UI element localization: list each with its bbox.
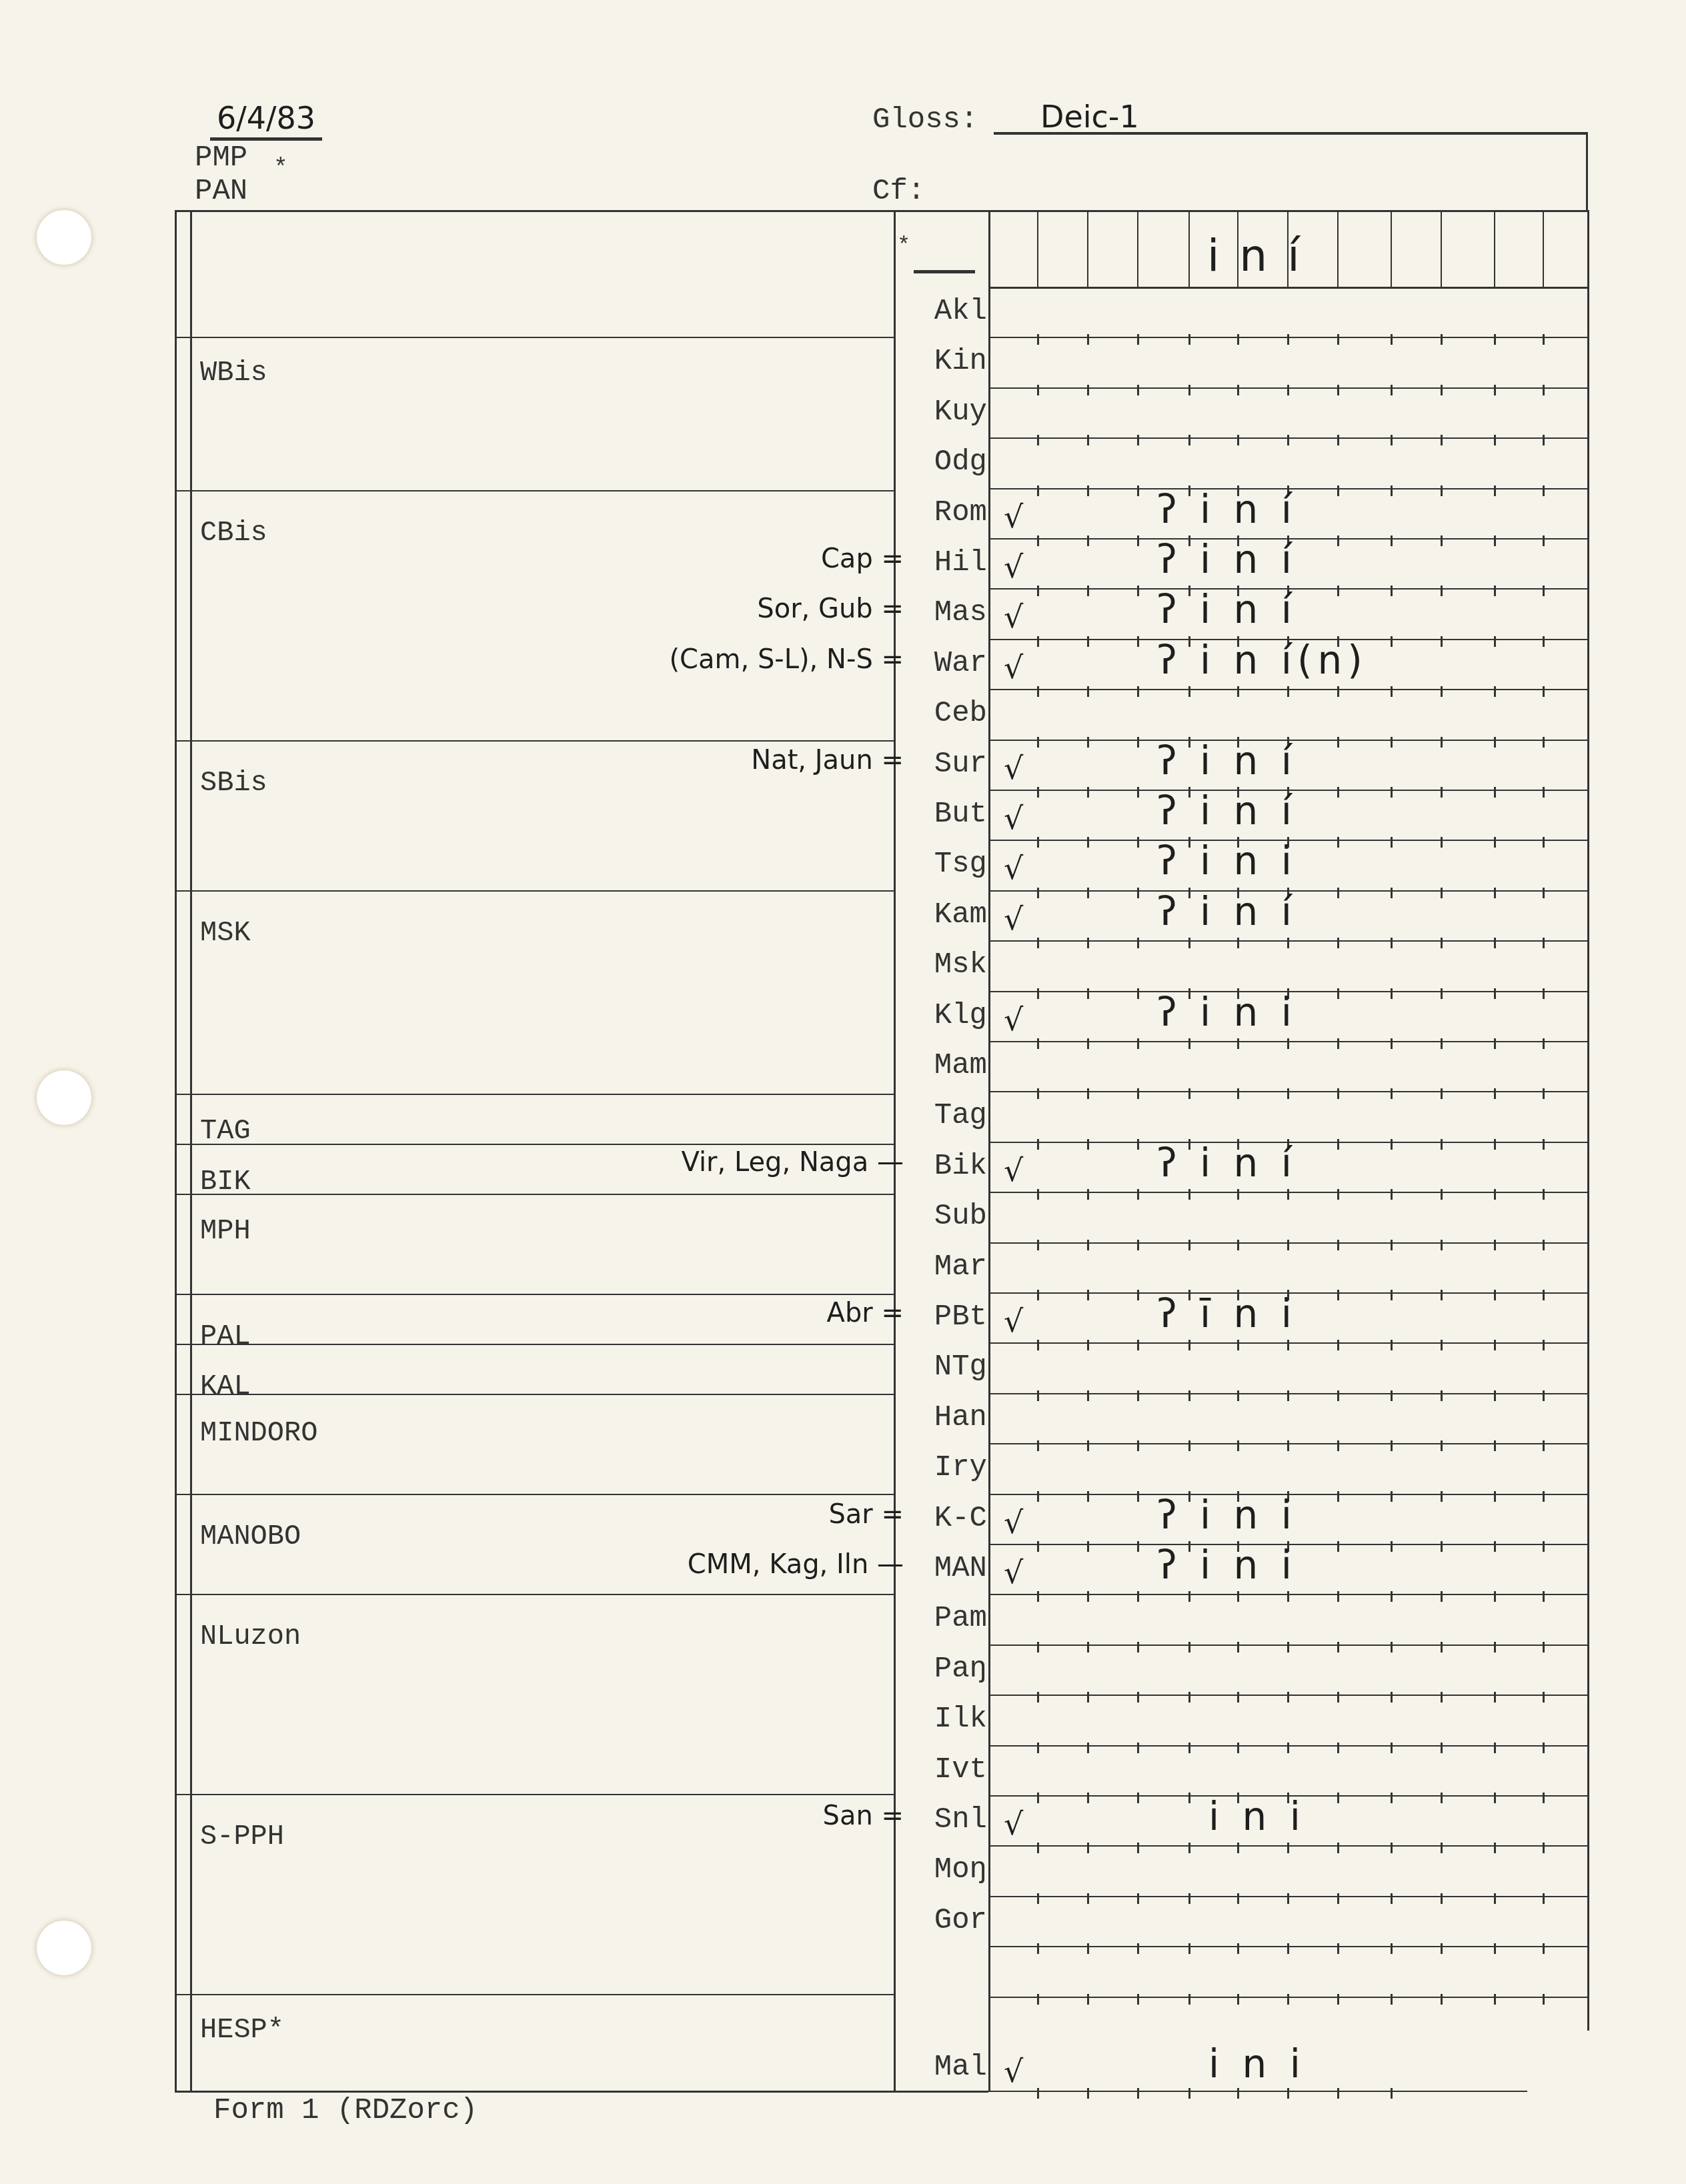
language-code: Tsg — [907, 848, 987, 881]
reconstruction-row-bottom — [988, 287, 1587, 289]
reflex-form[interactable]: ʔ i n í — [1157, 788, 1297, 834]
grid-tick-mark — [1543, 1943, 1545, 1954]
grid-tick-mark — [1137, 1390, 1139, 1401]
grid-tick-mark — [1037, 1893, 1039, 1904]
grid-tick-mark — [1494, 1038, 1496, 1049]
grid-tick-mark — [1137, 1994, 1139, 2005]
grid-tick-mark — [1337, 837, 1339, 848]
reconstruction-cell-divider — [1494, 210, 1495, 287]
check-mark-icon[interactable]: √ — [1004, 1303, 1023, 1339]
grid-tick-mark — [1391, 1541, 1393, 1552]
gloss-underline — [994, 132, 1587, 135]
language-code: PBt — [907, 1300, 987, 1334]
form-label: Form 1 (RDZorc) — [213, 2094, 478, 2127]
grid-tick-mark — [1287, 1390, 1289, 1401]
grid-tick-mark — [1087, 1189, 1089, 1200]
check-mark-icon[interactable]: √ — [1004, 549, 1023, 585]
check-mark-icon[interactable]: √ — [1004, 1554, 1023, 1590]
grid-tick-mark — [1441, 586, 1443, 596]
grid-tick-mark — [1287, 385, 1289, 395]
grid-tick-mark — [1441, 1843, 1443, 1853]
grid-tick-mark — [1137, 385, 1139, 395]
grid-tick-mark — [1237, 1189, 1239, 1200]
grid-tick-mark — [1087, 1440, 1089, 1451]
reflex-form[interactable]: i n i — [1208, 2041, 1306, 2087]
grid-tick-mark — [1441, 737, 1443, 748]
grid-tick-mark — [1494, 1139, 1496, 1150]
grid-tick-mark — [1037, 686, 1039, 697]
grid-tick-mark — [1137, 1290, 1139, 1300]
grid-tick-mark — [1137, 737, 1139, 748]
grid-tick-mark — [1543, 686, 1545, 697]
reconstruction-cell-divider — [1037, 210, 1038, 287]
grid-tick-mark — [1237, 1240, 1239, 1250]
grid-tick-mark — [1337, 1692, 1339, 1703]
grid-tick-mark — [1337, 435, 1339, 445]
grid-tick-mark — [1037, 837, 1039, 848]
grid-tick-mark — [1391, 2088, 1393, 2099]
grid-tick-mark — [1287, 1893, 1289, 1904]
grid-tick-mark — [1087, 837, 1089, 848]
reconstruction-cell-divider — [1337, 210, 1339, 287]
grid-tick-mark — [1494, 1843, 1496, 1853]
grid-tick-mark — [1441, 888, 1443, 898]
language-code: Mar — [907, 1250, 987, 1284]
dialect-note: Vir, Leg, Naga — — [681, 1147, 904, 1178]
grid-tick-mark — [1441, 1440, 1443, 1451]
language-code: MAN — [907, 1552, 987, 1585]
grid-tick-mark — [1087, 1491, 1089, 1502]
reflex-form[interactable]: ʔ i n i — [1157, 1542, 1297, 1588]
reconstruction-form[interactable]: iní — [1207, 230, 1320, 281]
language-code: Hil — [907, 546, 987, 580]
grid-tick-mark — [1441, 1541, 1443, 1552]
grid-tick-mark — [1391, 1340, 1393, 1350]
grid-tick-mark — [1441, 334, 1443, 345]
grid-tick-mark — [1391, 1139, 1393, 1150]
grid-tick-mark — [1137, 988, 1139, 999]
grid-tick-mark — [1391, 938, 1393, 948]
date: 6/4/83 — [210, 100, 322, 141]
grid-tick-mark — [1441, 1390, 1443, 1401]
grid-tick-mark — [1543, 988, 1545, 999]
grid-tick-mark — [1494, 636, 1496, 647]
grid-tick-mark — [1494, 1390, 1496, 1401]
check-mark-icon[interactable]: √ — [1004, 1806, 1023, 1842]
check-mark-icon[interactable]: √ — [1004, 901, 1023, 937]
table-bottom-border — [175, 2091, 988, 2093]
grid-tick-mark — [1337, 1943, 1339, 1954]
grid-tick-mark — [1543, 385, 1545, 395]
language-code: Gor — [907, 1904, 987, 1937]
grid-tick-mark — [1337, 737, 1339, 748]
grid-tick-mark — [1137, 1943, 1139, 1954]
grid-tick-mark — [1287, 435, 1289, 445]
grid-tick-mark — [1137, 1189, 1139, 1200]
grid-tick-mark — [1137, 686, 1139, 697]
grid-tick-mark — [1494, 1994, 1496, 2005]
grid-tick-mark — [1391, 334, 1393, 345]
language-code: K-C — [907, 1502, 987, 1535]
reconstruction-cell-divider — [1237, 210, 1238, 287]
grid-tick-mark — [1494, 1642, 1496, 1653]
grid-tick-mark — [1188, 1340, 1190, 1350]
reflex-form[interactable]: ʔ i n í(n) — [1157, 638, 1368, 683]
check-mark-icon[interactable]: √ — [1004, 1152, 1023, 1188]
grid-tick-mark — [1543, 737, 1545, 748]
table-top-border — [175, 210, 1587, 212]
grid-tick-mark — [1037, 334, 1039, 345]
check-mark-icon[interactable]: √ — [1004, 1002, 1023, 1038]
grid-tick-mark — [1441, 1038, 1443, 1049]
pmp-label: PMP — [195, 141, 247, 175]
dialect-note: Nat, Jaun = — [751, 745, 904, 776]
group-label-mph: MPH — [200, 1215, 251, 1247]
grid-tick-mark — [1087, 1994, 1089, 2005]
grid-tick-mark — [1087, 1893, 1089, 1904]
grid-tick-mark — [1087, 1038, 1089, 1049]
check-mark-icon[interactable]: √ — [1004, 750, 1023, 786]
grid-tick-mark — [1087, 1743, 1089, 1753]
group-divider — [175, 740, 894, 742]
reflex-form[interactable]: ʔ ī n i — [1157, 1291, 1297, 1336]
check-mark-icon[interactable]: √ — [1004, 599, 1023, 635]
grid-tick-mark — [1237, 1743, 1239, 1753]
group-label-msk: MSK — [200, 917, 251, 949]
grid-tick-mark — [1087, 1843, 1089, 1853]
grid-tick-mark — [1237, 1340, 1239, 1350]
grid-tick-mark — [1137, 435, 1139, 445]
grid-tick-mark — [1037, 1340, 1039, 1350]
grid-tick-mark — [1188, 1240, 1190, 1250]
grid-tick-mark — [1494, 485, 1496, 496]
reflex-form[interactable]: ʔ i n i — [1157, 990, 1297, 1035]
grid-tick-mark — [1494, 787, 1496, 798]
grid-tick-mark — [1543, 1642, 1545, 1653]
group-label-tag: TAG — [200, 1115, 251, 1147]
grid-tick-mark — [1237, 1591, 1239, 1602]
grid-tick-mark — [1391, 1793, 1393, 1803]
grid-tick-mark — [1237, 1943, 1239, 1954]
grid-tick-mark — [1087, 1290, 1089, 1300]
grid-tick-mark — [1137, 2088, 1139, 2099]
language-code: Han — [907, 1401, 987, 1434]
grid-tick-mark — [1543, 485, 1545, 496]
reflex-form[interactable]: ʔ i n í — [1157, 487, 1297, 532]
language-code: NTg — [907, 1350, 987, 1384]
language-code: Klg — [907, 999, 987, 1032]
group-label-cbis: CBis — [200, 517, 267, 549]
grid-tick-mark — [1237, 938, 1239, 948]
grid-tick-mark — [1337, 1038, 1339, 1049]
grid-tick-mark — [1137, 1541, 1139, 1552]
group-label-mindoro: MINDORO — [200, 1417, 317, 1449]
language-code: Kuy — [907, 395, 987, 429]
grid-tick-mark — [1037, 1240, 1039, 1250]
language-code: Mas — [907, 596, 987, 630]
grid-tick-mark — [1237, 1692, 1239, 1703]
grid-tick-mark — [1188, 1390, 1190, 1401]
grid-tick-mark — [1188, 1189, 1190, 1200]
reflex-form[interactable]: ʔ i n í — [1157, 587, 1297, 632]
grid-tick-mark — [1237, 1893, 1239, 1904]
reconstruction-blank — [914, 270, 975, 273]
dialect-note: Sor, Gub = — [757, 594, 904, 624]
reflex-form[interactable]: i n i — [1208, 1794, 1306, 1839]
grid-tick-mark — [1494, 535, 1496, 546]
grid-tick-mark — [1087, 1139, 1089, 1150]
grid-tick-mark — [1391, 1943, 1393, 1954]
language-code: Rom — [907, 496, 987, 529]
grid-tick-mark — [1441, 988, 1443, 999]
grid-tick-mark — [1391, 1440, 1393, 1451]
grid-tick-mark — [1494, 1290, 1496, 1300]
check-mark-icon[interactable]: √ — [1004, 800, 1023, 836]
grid-tick-mark — [1441, 1290, 1443, 1300]
grid-tick-mark — [1237, 435, 1239, 445]
grid-tick-mark — [1337, 888, 1339, 898]
check-mark-icon[interactable]: √ — [1004, 2053, 1023, 2089]
reflex-form[interactable]: ʔ i n i — [1157, 1492, 1297, 1538]
language-code: Pam — [907, 1602, 987, 1635]
grid-tick-mark — [1441, 1642, 1443, 1653]
language-code: Bik — [907, 1150, 987, 1183]
reflex-form[interactable]: ʔ i n i — [1157, 838, 1297, 884]
group-label-kal: KAL — [200, 1370, 251, 1402]
grid-tick-mark — [1543, 1743, 1545, 1753]
grid-tick-mark — [1188, 1088, 1190, 1099]
grid-tick-mark — [1287, 1743, 1289, 1753]
language-code: Akl — [907, 295, 987, 328]
grid-tick-mark — [1494, 1491, 1496, 1502]
grid-tick-mark — [1188, 1743, 1190, 1753]
language-code: Sub — [907, 1200, 987, 1233]
check-mark-icon[interactable]: √ — [1004, 850, 1023, 886]
gloss-box-right — [1586, 132, 1588, 210]
table-right-border — [1587, 210, 1589, 2031]
gloss-value[interactable]: Deic-1 — [1040, 99, 1139, 135]
reconstruction-cell-divider — [1391, 210, 1392, 287]
grid-tick-mark — [1037, 1943, 1039, 1954]
grid-tick-mark — [1087, 1541, 1089, 1552]
grid-tick-mark — [1543, 586, 1545, 596]
grid-tick-mark — [1337, 988, 1339, 999]
grid-tick-mark — [1037, 435, 1039, 445]
grid-tick-mark — [1391, 1390, 1393, 1401]
grid-tick-mark — [1391, 1038, 1393, 1049]
grid-tick-mark — [1237, 686, 1239, 697]
grid-tick-mark — [1037, 1541, 1039, 1552]
check-mark-icon[interactable]: √ — [1004, 1504, 1023, 1540]
grid-tick-mark — [1137, 1491, 1139, 1502]
grid-tick-mark — [1237, 1038, 1239, 1049]
dialect-note: CMM, Kag, Iln — — [688, 1549, 904, 1580]
grid-tick-mark — [1087, 1088, 1089, 1099]
grid-tick-mark — [1391, 1189, 1393, 1200]
grid-tick-mark — [1543, 1088, 1545, 1099]
grid-tick-mark — [1441, 1189, 1443, 1200]
grid-tick-mark — [1494, 737, 1496, 748]
reflex-form[interactable]: ʔ i n í — [1157, 889, 1297, 934]
grid-tick-mark — [1441, 1994, 1443, 2005]
grid-tick-mark — [1494, 1340, 1496, 1350]
grid-tick-mark — [1037, 1390, 1039, 1401]
grid-tick-mark — [1087, 385, 1089, 395]
grid-tick-mark — [1188, 1591, 1190, 1602]
grid-tick-mark — [1087, 1340, 1089, 1350]
grid-tick-mark — [1494, 1189, 1496, 1200]
grid-tick-mark — [1543, 1038, 1545, 1049]
grid-tick-mark — [1391, 737, 1393, 748]
grid-tick-mark — [1543, 636, 1545, 647]
group-divider — [175, 1994, 894, 1995]
grid-tick-mark — [1037, 1189, 1039, 1200]
grid-tick-mark — [1137, 485, 1139, 496]
grid-tick-mark — [1237, 1642, 1239, 1653]
grid-tick-mark — [1137, 334, 1139, 345]
grid-tick-mark — [1287, 1692, 1289, 1703]
grid-tick-mark — [1037, 1793, 1039, 1803]
grid-tick-mark — [1391, 686, 1393, 697]
grid-tick-mark — [1494, 586, 1496, 596]
grid-tick-mark — [1188, 686, 1190, 697]
dialect-note: San = — [823, 1801, 904, 1831]
grid-tick-mark — [1237, 385, 1239, 395]
grid-tick-mark — [1391, 1088, 1393, 1099]
grid-tick-mark — [1037, 485, 1039, 496]
grid-tick-mark — [1137, 1038, 1139, 1049]
language-code: Moŋ — [907, 1853, 987, 1887]
grid-tick-mark — [1037, 787, 1039, 798]
grid-tick-mark — [1337, 1240, 1339, 1250]
grid-tick-mark — [1237, 1994, 1239, 2005]
grid-tick-mark — [1037, 1743, 1039, 1753]
table-left-border — [175, 210, 177, 2091]
check-mark-icon[interactable]: √ — [1004, 499, 1023, 535]
language-code: Ilk — [907, 1703, 987, 1736]
language-code: Mal — [907, 2051, 987, 2084]
grid-tick-mark — [1337, 1541, 1339, 1552]
grid-tick-mark — [1037, 1642, 1039, 1653]
grid-tick-mark — [1137, 938, 1139, 948]
grid-tick-mark — [1287, 1943, 1289, 1954]
grid-tick-mark — [1137, 837, 1139, 848]
grid-tick-mark — [1494, 385, 1496, 395]
grid-tick-mark — [1441, 1893, 1443, 1904]
grid-tick-mark — [1391, 1290, 1393, 1300]
grid-tick-mark — [1441, 1591, 1443, 1602]
grid-tick-mark — [1287, 938, 1289, 948]
grid-tick-mark — [1137, 1088, 1139, 1099]
grid-tick-mark — [1391, 636, 1393, 647]
grid-tick-mark — [1087, 586, 1089, 596]
language-row-line — [988, 2091, 1527, 2092]
grid-tick-mark — [1237, 2088, 1239, 2099]
check-mark-icon[interactable]: √ — [1004, 650, 1023, 686]
dialect-note: Abr = — [827, 1298, 904, 1328]
grid-tick-mark — [1337, 938, 1339, 948]
grid-tick-mark — [1087, 686, 1089, 697]
grid-tick-mark — [1543, 1843, 1545, 1853]
grid-tick-mark — [1337, 1139, 1339, 1150]
grid-tick-mark — [1087, 2088, 1089, 2099]
grid-tick-mark — [1494, 1692, 1496, 1703]
grid-tick-mark — [1188, 435, 1190, 445]
reflex-form[interactable]: ʔ i n í — [1157, 537, 1297, 582]
grid-tick-mark — [1494, 1440, 1496, 1451]
grid-tick-mark — [1188, 1692, 1190, 1703]
grid-tick-mark — [1087, 334, 1089, 345]
grid-tick-mark — [1494, 1943, 1496, 1954]
grid-tick-mark — [1137, 535, 1139, 546]
grid-tick-mark — [1391, 1240, 1393, 1250]
grid-tick-mark — [1037, 1290, 1039, 1300]
grid-tick-mark — [1391, 385, 1393, 395]
grid-tick-mark — [1287, 1994, 1289, 2005]
grid-tick-mark — [1494, 1240, 1496, 1250]
grid-tick-mark — [1087, 888, 1089, 898]
grid-tick-mark — [1494, 1088, 1496, 1099]
grid-tick-mark — [1391, 1591, 1393, 1602]
reflex-form[interactable]: ʔ i n í — [1157, 738, 1297, 784]
grid-tick-mark — [1543, 1139, 1545, 1150]
language-code: War — [907, 647, 987, 680]
language-code: Ceb — [907, 697, 987, 730]
grid-tick-mark — [1337, 1893, 1339, 1904]
grid-tick-mark — [1237, 1390, 1239, 1401]
grid-tick-mark — [1494, 837, 1496, 848]
grid-tick-mark — [1543, 1541, 1545, 1552]
grid-tick-mark — [1494, 1793, 1496, 1803]
grid-tick-mark — [1494, 888, 1496, 898]
group-label-nluzon: NLuzon — [200, 1620, 301, 1653]
reconstruction-cell-divider — [1087, 210, 1088, 287]
grid-tick-mark — [1188, 1943, 1190, 1954]
grid-tick-mark — [1441, 1692, 1443, 1703]
grid-tick-mark — [1287, 686, 1289, 697]
grid-tick-mark — [1188, 2088, 1190, 2099]
grid-tick-mark — [1237, 1440, 1239, 1451]
grid-tick-mark — [1087, 1943, 1089, 1954]
grid-tick-mark — [1441, 1340, 1443, 1350]
grid-tick-mark — [1037, 535, 1039, 546]
grid-tick-mark — [1087, 1591, 1089, 1602]
grid-tick-mark — [1391, 435, 1393, 445]
grid-tick-mark — [1337, 1994, 1339, 2005]
grid-tick-mark — [1087, 1390, 1089, 1401]
grid-tick-mark — [1543, 1491, 1545, 1502]
grid-tick-mark — [1188, 334, 1190, 345]
grid-tick-mark — [1494, 988, 1496, 999]
grid-tick-mark — [1137, 1893, 1139, 1904]
grid-tick-mark — [1494, 334, 1496, 345]
grid-tick-mark — [1087, 737, 1089, 748]
grid-tick-mark — [1337, 586, 1339, 596]
grid-tick-mark — [1441, 1793, 1443, 1803]
grid-tick-mark — [1494, 1743, 1496, 1753]
language-code: Kam — [907, 898, 987, 932]
grid-tick-mark — [1543, 1440, 1545, 1451]
grid-tick-mark — [1494, 1591, 1496, 1602]
grid-tick-mark — [1188, 1793, 1190, 1803]
language-code: Paŋ — [907, 1653, 987, 1686]
grid-tick-mark — [1087, 1240, 1089, 1250]
grid-tick-mark — [1037, 586, 1039, 596]
grid-tick-mark — [1188, 1038, 1190, 1049]
grid-tick-mark — [1037, 1440, 1039, 1451]
grid-tick-mark — [1337, 1793, 1339, 1803]
reflex-form[interactable]: ʔ i n í — [1157, 1140, 1297, 1186]
